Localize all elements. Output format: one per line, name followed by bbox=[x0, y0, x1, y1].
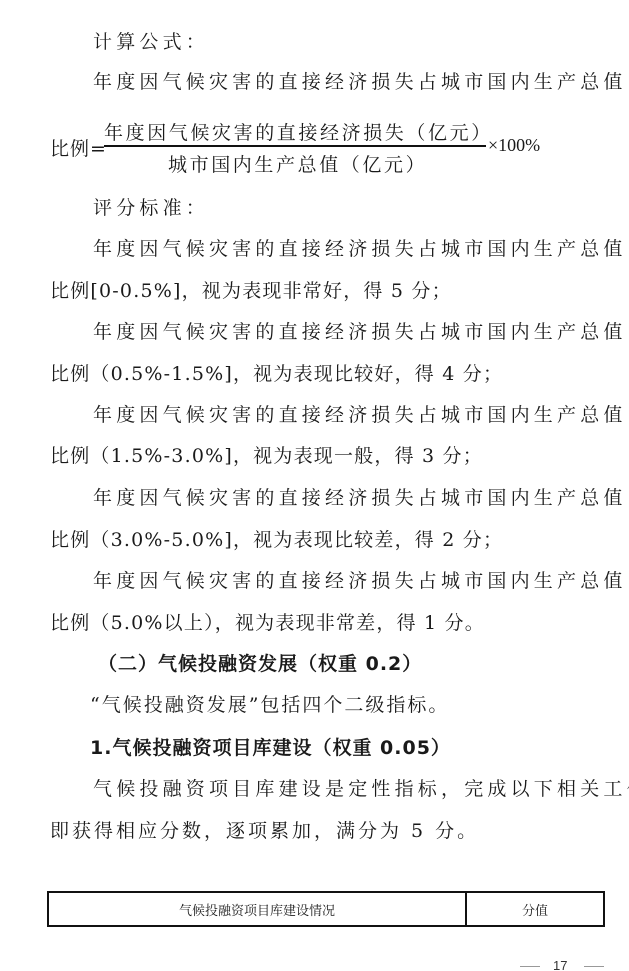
formula-multiplier: ×100% bbox=[488, 135, 540, 156]
criterion-1-line1: 年度因气候灾害的直接经济损失占城市国内生产总值 bbox=[93, 237, 627, 261]
page-number: 17 bbox=[553, 958, 567, 971]
formula-numerator: 年度因气候灾害的直接经济损失（亿元） bbox=[104, 118, 493, 145]
criterion-3-line2: 比例（1.5%-3.0%]，视为表现一般，得 3 分； bbox=[50, 444, 483, 468]
formula-title: 年度因气候灾害的直接经济损失占城市国内生产总值 bbox=[93, 70, 627, 94]
page-number-dash bbox=[520, 966, 540, 967]
table-header-row: 气候投融资项目库建设情况 分值 bbox=[48, 892, 604, 926]
criterion-2-line2: 比例（0.5%-1.5%]，视为表现比较好，得 4 分； bbox=[50, 362, 503, 386]
page-number-dash bbox=[584, 966, 604, 967]
criterion-5-line1: 年度因气候灾害的直接经济损失占城市国内生产总值 bbox=[93, 569, 627, 593]
criterion-1-line2: 比例[0-0.5%]，视为表现非常好，得 5 分； bbox=[50, 279, 452, 303]
formula-heading: 计算公式： bbox=[93, 30, 209, 54]
project-library-table: 气候投融资项目库建设情况 分值 bbox=[47, 891, 605, 927]
criterion-4-line1: 年度因气候灾害的直接经济损失占城市国内生产总值 bbox=[93, 486, 627, 510]
section-intro: “气候投融资发展”包括四个二级指标。 bbox=[90, 693, 449, 717]
criterion-5-line2: 比例（5.0%以上），视为表现非常差，得 1 分。 bbox=[50, 611, 485, 635]
criterion-4-line2: 比例（3.0%-5.0%]，视为表现比较差，得 2 分； bbox=[50, 528, 503, 552]
section-heading: （二）气候投融资发展（权重 0.2） bbox=[98, 652, 422, 676]
subsection-heading: 1.气候投融资项目库建设（权重 0.05） bbox=[90, 736, 451, 760]
formula-label: 比例= bbox=[50, 134, 107, 161]
fraction-bar bbox=[104, 145, 486, 147]
criterion-2-line1: 年度因气候灾害的直接经济损失占城市国内生产总值 bbox=[93, 320, 627, 344]
subsection-body-line1: 气候投融资项目库建设是定性指标，完成以下相关工作 bbox=[93, 777, 629, 801]
subsection-body-line2: 即获得相应分数，逐项累加，满分为 5 分。 bbox=[50, 819, 479, 843]
criterion-3-line1: 年度因气候灾害的直接经济损失占城市国内生产总值 bbox=[93, 403, 627, 427]
table-header-cell: 气候投融资项目库建设情况 bbox=[48, 892, 466, 926]
scoring-heading: 评分标准： bbox=[93, 196, 209, 220]
formula-denominator: 城市国内生产总值（亿元） bbox=[168, 150, 427, 177]
table-header-cell: 分值 bbox=[466, 892, 604, 926]
